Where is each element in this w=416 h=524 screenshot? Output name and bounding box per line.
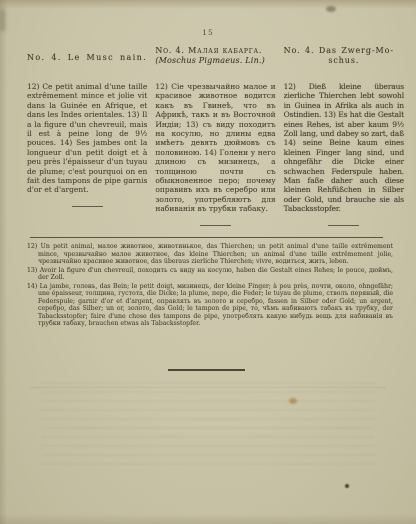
footnotes-block: 12) Un petit animal, малое животное, жив… xyxy=(27,243,393,329)
column-french-header: No. 4. Le Musc nain. xyxy=(27,46,147,74)
reverse-page-showthrough xyxy=(42,382,374,468)
column-german: No. 4. Das Zwerg-Mo- schus. 12) Dieß kle… xyxy=(284,46,404,226)
page-left-edge-shadow xyxy=(0,0,7,524)
column-russian-latin-name: (Moschus Pigmaeus. Lin.) xyxy=(155,56,275,66)
text-columns: No. 4. Le Musc nain. 12) Ce petit animal… xyxy=(27,46,404,226)
french-section-rule xyxy=(72,206,103,207)
column-german-heading-line2: schus. xyxy=(284,56,404,66)
column-french-paragraph: 12) Ce petit animal d'une taille extrême… xyxy=(27,82,147,195)
page-number: 15 xyxy=(0,28,416,37)
column-german-paragraph: 12) Dieß kleine überaus zierliche Thierc… xyxy=(284,82,404,214)
book-page-scan: 15 No. 4. Le Musc nain. 12) Ce petit ani… xyxy=(0,0,416,524)
page-top-edge-shadow xyxy=(0,0,416,9)
column-french: No. 4. Le Musc nain. 12) Ce petit animal… xyxy=(27,46,147,226)
end-of-entry-rule xyxy=(168,369,245,371)
column-russian: No. 4. Малая кабарга. (Moschus Pigmaeus.… xyxy=(155,46,275,226)
column-russian-header: No. 4. Малая кабарга. (Moschus Pigmaeus.… xyxy=(155,46,275,74)
page-bottom-edge-shadow xyxy=(0,514,416,524)
footnote-12: 12) Un petit animal, малое животное, жив… xyxy=(27,243,393,266)
column-russian-paragraph: 12) Сіе чрезвычайно малое и красивое жив… xyxy=(155,82,275,214)
column-russian-heading: No. 4. Малая кабарга. xyxy=(155,46,275,56)
paper-stain xyxy=(289,398,297,404)
footnote-separator-rule xyxy=(30,237,383,238)
german-section-rule xyxy=(328,225,359,226)
paper-speck xyxy=(345,484,349,488)
ink-smudge-top xyxy=(326,6,336,12)
column-french-heading: No. 4. Le Musc nain. xyxy=(27,46,147,63)
footnote-14: 14) La jambe, голень, das Bein; le petit… xyxy=(27,283,393,328)
footnote-13: 13) Avoir la figure d'un chevreuil, похо… xyxy=(27,267,393,282)
column-german-header: No. 4. Das Zwerg-Mo- schus. xyxy=(284,46,404,74)
russian-section-rule xyxy=(200,225,231,226)
column-german-heading-line1: No. 4. Das Zwerg-Mo- xyxy=(284,46,404,56)
